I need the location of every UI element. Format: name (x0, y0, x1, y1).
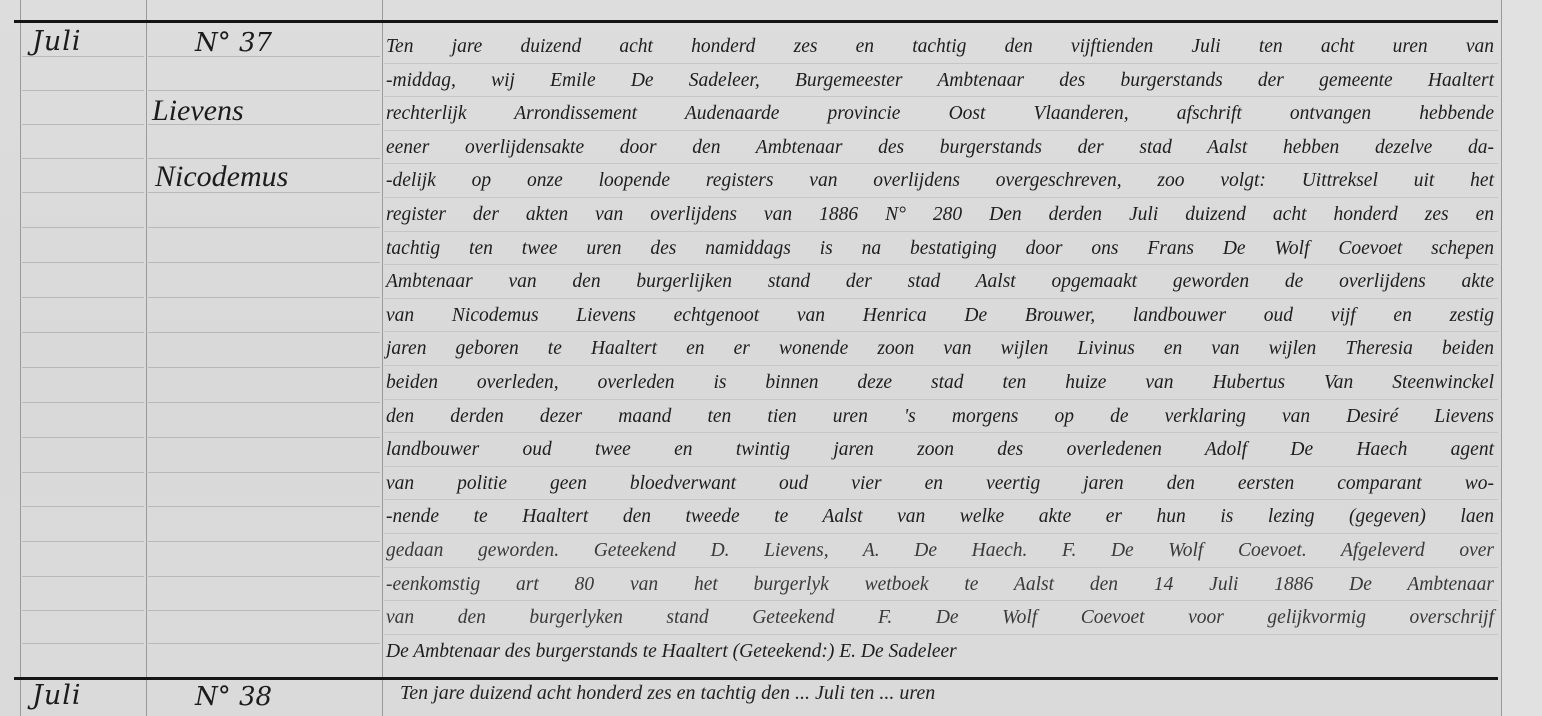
record-line: tachtig ten twee uren des namiddags is n… (384, 232, 1498, 266)
record-line: van Nicodemus Lievens echtgenoot van Hen… (384, 299, 1498, 333)
record-line: Ten jare duizend acht honderd zes en tac… (400, 682, 935, 705)
record-line: register der akten van overlijdens van 1… (384, 198, 1498, 232)
record-line: -delijk op onze loopende registers van o… (384, 164, 1498, 198)
register-page: Juli N° 37 Lievens Nicodemus Ten jare du… (0, 0, 1542, 716)
entry-separator-top (14, 20, 1498, 23)
record-text: Ten jare duizend acht honderd zes en tac… (384, 30, 1498, 668)
record-line: den derden dezer maand ten tien uren 's … (384, 400, 1498, 434)
act-number: N° 38 (195, 682, 272, 712)
entry-month: Juli (32, 26, 81, 57)
deceased-surname: Lievens (152, 94, 244, 128)
record-line: -eenkomstig art 80 van het burgerlyk wet… (384, 568, 1498, 602)
record-signature-line: De Ambtenaar des burgerstands te Haalter… (384, 635, 1498, 669)
entry-separator-bottom (14, 677, 1498, 680)
column-divider-name (382, 0, 383, 716)
act-number: N° 37 (195, 28, 272, 58)
column-divider-month (146, 0, 147, 716)
entry-month: Juli (32, 680, 81, 711)
record-line: gedaan geworden. Geteekend D. Lievens, A… (384, 534, 1498, 568)
record-line: beiden overleden, overleden is binnen de… (384, 366, 1498, 400)
record-line: eener overlijdensakte door den Ambtenaar… (384, 131, 1498, 165)
record-line: Ten jare duizend acht honderd zes en tac… (384, 30, 1498, 64)
record-line: rechterlijk Arrondissement Audenaarde pr… (384, 97, 1498, 131)
record-line: landbouwer oud twee en twintig jaren zoo… (384, 433, 1498, 467)
record-line: van den burgerlyken stand Geteekend F. D… (384, 601, 1498, 635)
record-line: jaren geboren te Haaltert en er wonende … (384, 332, 1498, 366)
page-right-margin (1502, 0, 1542, 716)
record-line: -nende te Haaltert den tweede te Aalst v… (384, 500, 1498, 534)
record-line: Ambtenaar van den burgerlijken stand der… (384, 265, 1498, 299)
deceased-given-name: Nicodemus (155, 160, 288, 194)
column-divider-left-edge (20, 0, 21, 716)
record-line: -middag, wij Emile De Sadeleer, Burgemee… (384, 64, 1498, 98)
record-line: van politie geen bloedverwant oud vier e… (384, 467, 1498, 501)
